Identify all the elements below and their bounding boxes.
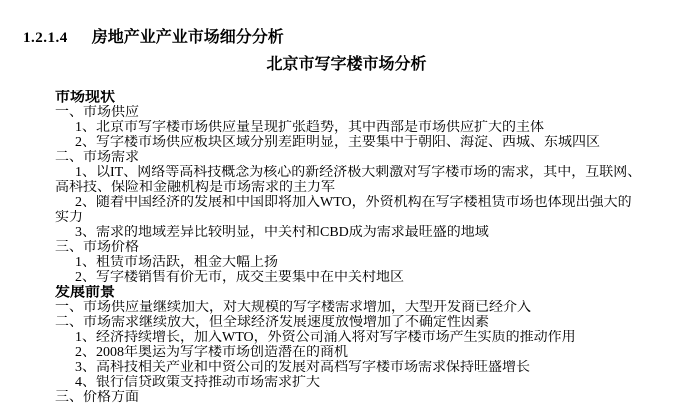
doc-line: 3、高科技相关产业和中资公司的发展对高档写字楼市场需求保持旺盛增长 xyxy=(55,360,691,375)
doc-line: 2、2008年奥运为写字楼市场创造潜在的商机 xyxy=(55,345,691,360)
doc-line: 1、租赁市场活跃，租金大幅上扬 xyxy=(55,255,691,270)
doc-line: 三、市场价格 xyxy=(55,240,691,255)
doc-line: 一、市场供应量继续加大，对大规模的写字楼需求增加，大型开发商已经介入 xyxy=(55,300,691,315)
doc-line: 二、市场需求继续放大，但全球经济发展速度放慢增加了不确定性因素 xyxy=(55,315,691,330)
section-heading: 1.2.1.4房地产业产业市场细分分析 xyxy=(0,29,693,47)
doc-line: 2、随着中国经济的发展和中国即将加入WTO，外资机构在写字楼租赁市场也体现出强大… xyxy=(55,195,691,210)
doc-line: 1、北京市写字楼市场供应量呈现扩张趋势，其中西部是市场供应扩大的主体 xyxy=(55,120,691,135)
doc-line: 2、写字楼销售有价无市，成交主要集中在中关村地区 xyxy=(55,270,691,285)
doc-subtitle: 北京市写字楼市场分析 xyxy=(0,56,693,73)
doc-line: 4、银行信贷政策支持推动市场需求扩大 xyxy=(55,375,691,390)
doc-line: 3、需求的地域差异比较明显，中关村和CBD成为需求最旺盛的地域 xyxy=(55,225,691,240)
doc-line: 一、市场供应 xyxy=(55,105,691,120)
section-heading-market-status: 市场现状 xyxy=(55,90,691,105)
doc-line: 三、价格方面 xyxy=(55,390,691,404)
doc-line: 1、以IT、网络等高科技概念为核心的新经济极大刺激对写字楼市场的需求，其中，互联… xyxy=(55,165,691,180)
doc-line-continuation: 高科技、保险和金融机构是市场需求的主力军 xyxy=(55,180,691,195)
heading-number: 1.2.1.4 xyxy=(23,30,68,46)
doc-line: 2、写字楼市场供应板块区域分别差距明显，主要集中于朝阳、海淀、西城、东城四区 xyxy=(55,135,691,150)
section-heading-prospects: 发展前景 xyxy=(55,285,691,300)
doc-body: 市场现状 一、市场供应 1、北京市写字楼市场供应量呈现扩张趋势，其中西部是市场供… xyxy=(55,90,691,404)
doc-line: 二、市场需求 xyxy=(55,150,691,165)
doc-line: 1、经济持续增长，加入WTO，外资公司涌入将对写字楼市场产生实质的推动作用 xyxy=(55,330,691,345)
doc-line-continuation: 实力 xyxy=(55,210,691,225)
document-page: 1.2.1.4房地产业产业市场细分分析 北京市写字楼市场分析 市场现状 一、市场… xyxy=(0,0,693,404)
heading-title: 房地产业产业市场细分分析 xyxy=(92,29,284,46)
